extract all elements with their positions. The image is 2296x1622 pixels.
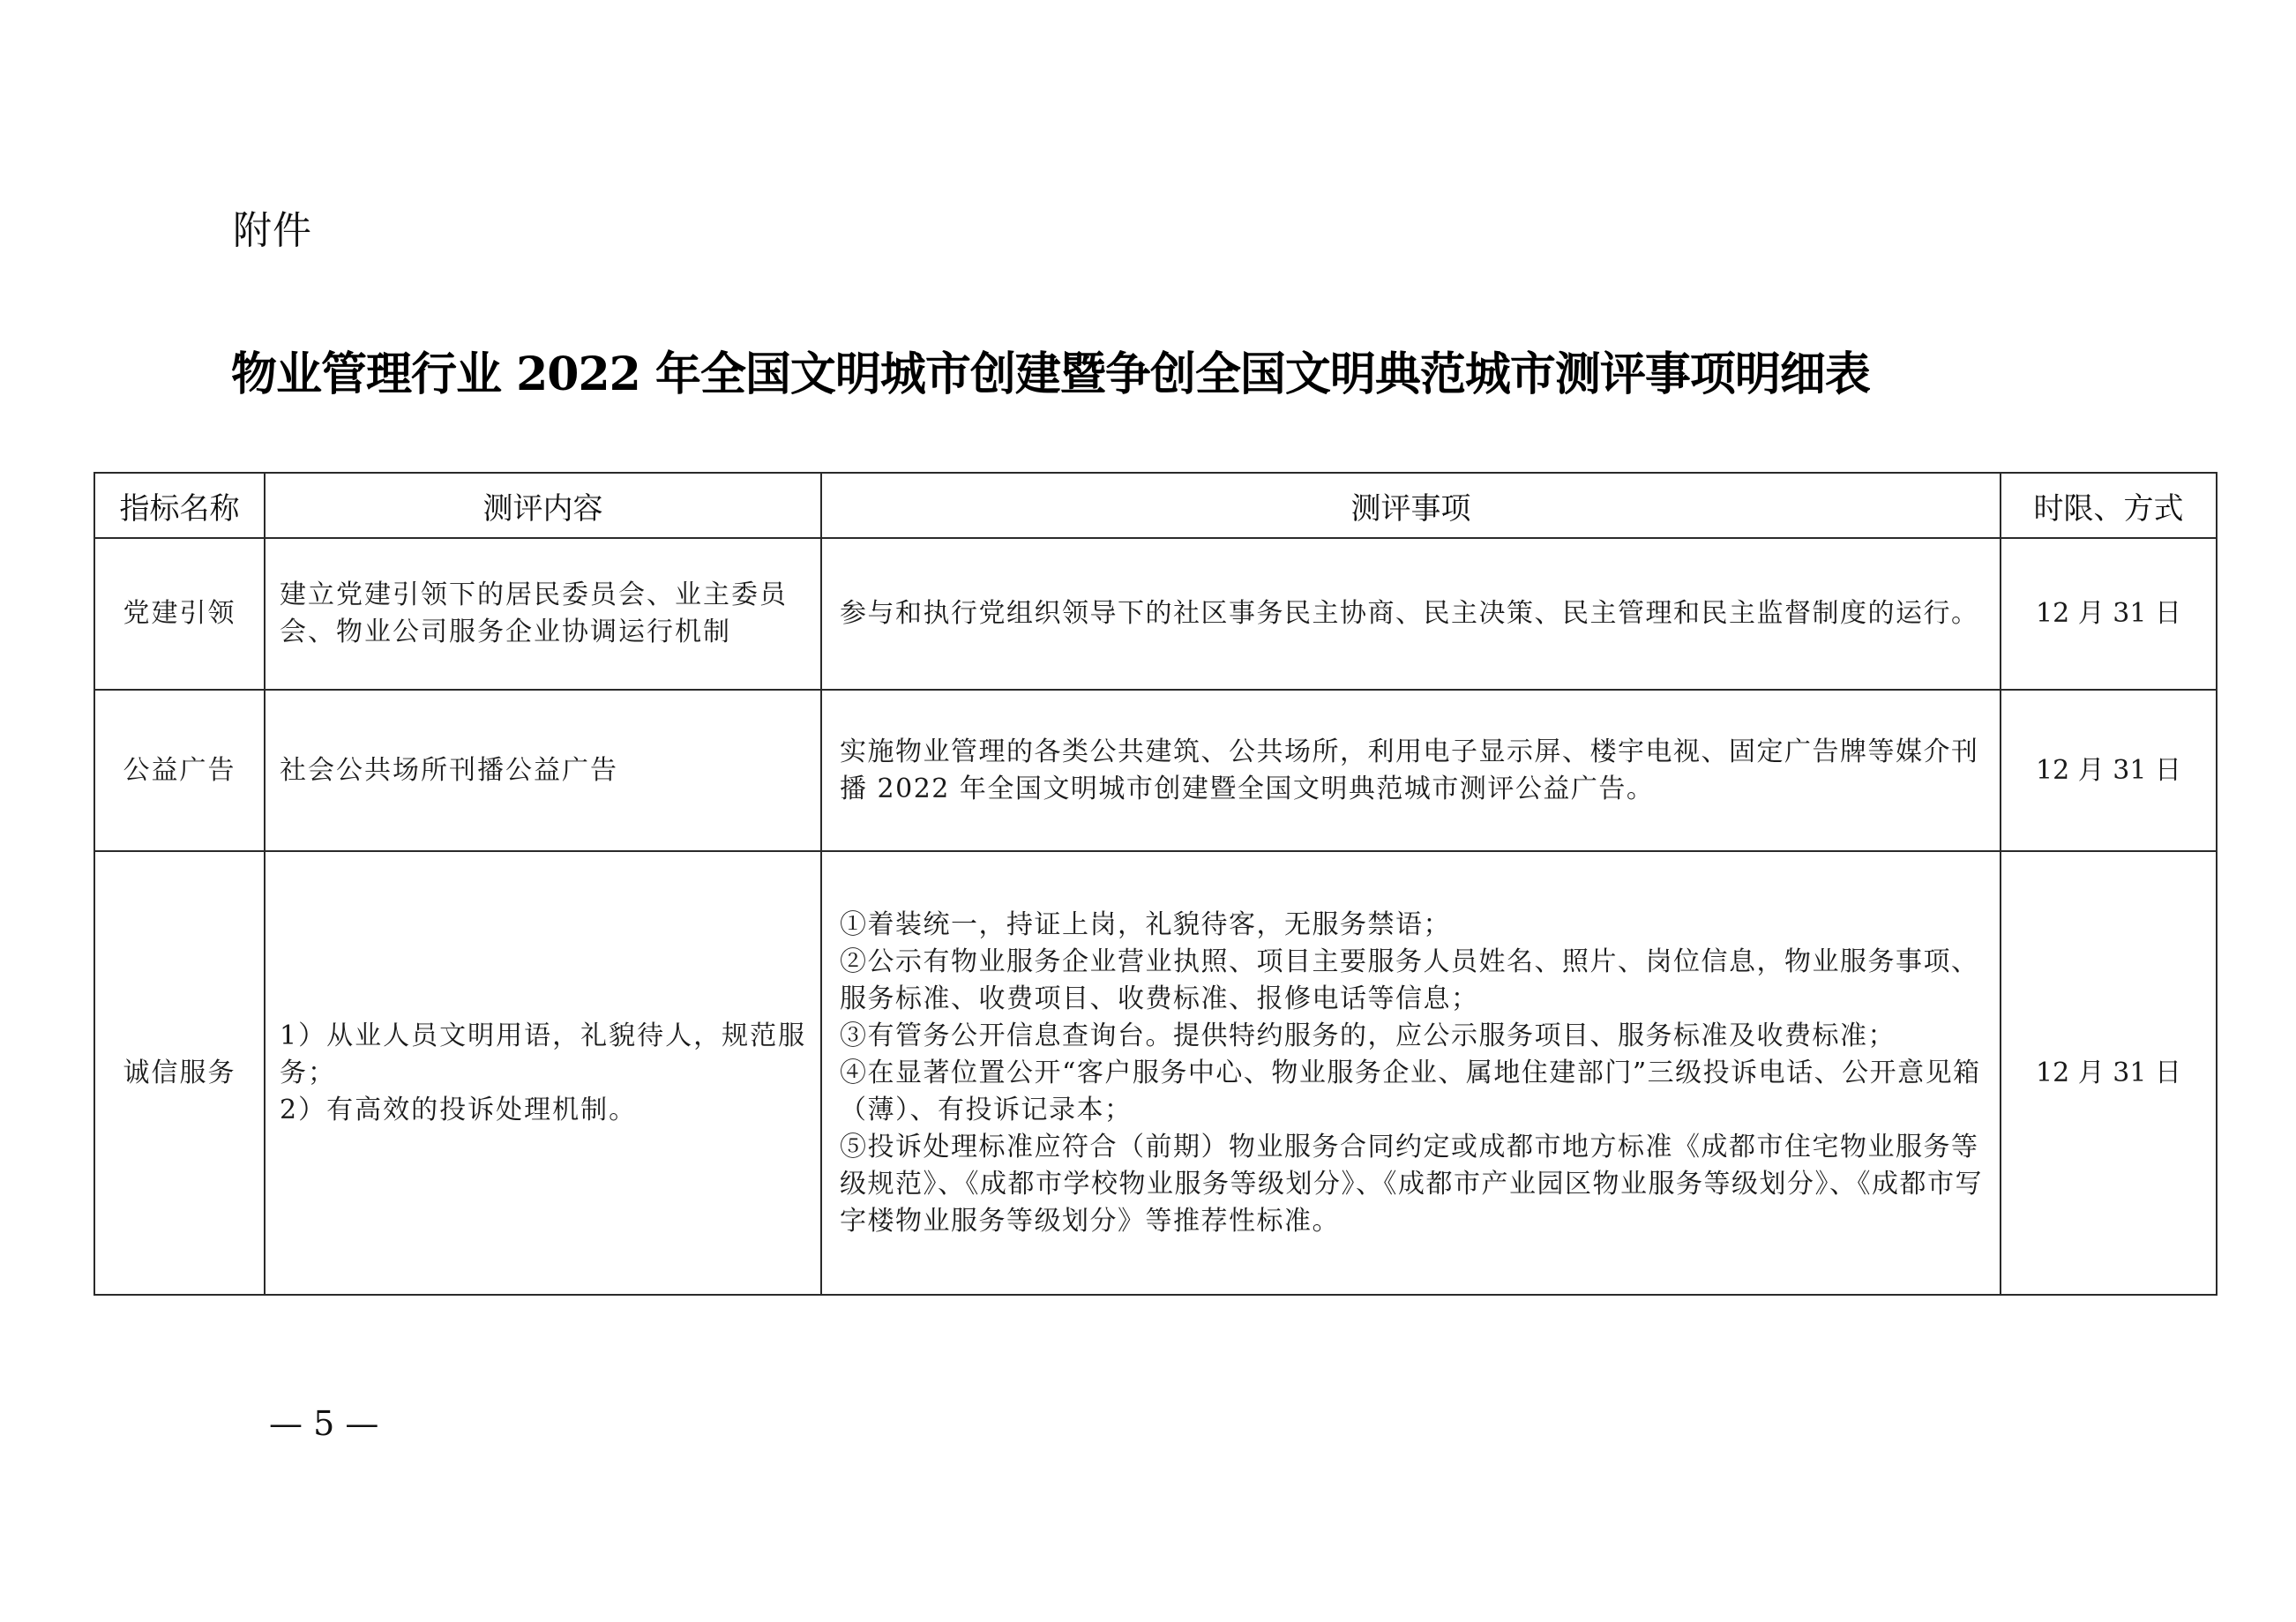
indicator-name-cell: 党建引领	[94, 538, 265, 690]
table-row: 党建引领 建立党建引领下的居民委员会、业主委员会、物业公司服务企业协调运行机制 …	[94, 538, 2217, 690]
table-row: 公益广告 社会公共场所刊播公益广告 实施物业管理的各类公共建筑、公共场所，利用电…	[94, 690, 2217, 851]
header-evaluation-content: 测评内容	[265, 473, 821, 538]
evaluation-items-cell: 参与和执行党组织领导下的社区事务民主协商、民主决策、民主管理和民主监督制度的运行…	[821, 538, 2001, 690]
deadline-cell: 12 月 31 日	[2001, 690, 2217, 851]
indicator-name-cell: 诚信服务	[94, 851, 265, 1295]
evaluation-item: ②公示有物业服务企业营业执照、项目主要服务人员姓名、照片、岗位信息，物业服务事项…	[840, 944, 1986, 1018]
evaluation-table: 指标名称 测评内容 测评事项 时限、方式 党建引领 建立党建引领下的居民委员会、…	[93, 472, 2217, 1296]
evaluation-item: ③有管务公开信息查询台。提供特约服务的，应公示服务项目、服务标准及收费标准；	[840, 1018, 1986, 1055]
content-line: 2）有高效的投诉处理机制。	[280, 1092, 808, 1129]
evaluation-content-cell: 1）从业人员文明用语，礼貌待人，规范服务； 2）有高效的投诉处理机制。	[265, 851, 821, 1295]
evaluation-items-cell: ①着装统一，持证上岗，礼貌待客，无服务禁语； ②公示有物业服务企业营业执照、项目…	[821, 851, 2001, 1295]
deadline-cell: 12 月 31 日	[2001, 538, 2217, 690]
document-title: 物业管理行业 2022 年全国文明城市创建暨争创全国文明典范城市测评事项明细表	[231, 346, 1995, 404]
header-deadline-method: 时限、方式	[2001, 473, 2217, 538]
evaluation-item: ⑤投诉处理标准应符合（前期）物业服务合同约定或成都市地方标准《成都市住宅物业服务…	[840, 1129, 1986, 1240]
table-row: 诚信服务 1）从业人员文明用语，礼貌待人，规范服务； 2）有高效的投诉处理机制。…	[94, 851, 2217, 1295]
evaluation-items-cell: 实施物业管理的各类公共建筑、公共场所，利用电子显示屏、楼宇电视、固定广告牌等媒介…	[821, 690, 2001, 851]
table-header-row: 指标名称 测评内容 测评事项 时限、方式	[94, 473, 2217, 538]
evaluation-item: ①着装统一，持证上岗，礼貌待客，无服务禁语；	[840, 907, 1986, 944]
page-number: — 5 —	[269, 1404, 378, 1443]
deadline-cell: 12 月 31 日	[2001, 851, 2217, 1295]
evaluation-content-cell: 建立党建引领下的居民委员会、业主委员会、物业公司服务企业协调运行机制	[265, 538, 821, 690]
evaluation-content-cell: 社会公共场所刊播公益广告	[265, 690, 821, 851]
content-line: 1）从业人员文明用语，礼貌待人，规范服务；	[280, 1018, 808, 1092]
header-indicator-name: 指标名称	[94, 473, 265, 538]
header-evaluation-items: 测评事项	[821, 473, 2001, 538]
evaluation-item: ④在显著位置公开“客户服务中心、物业服务企业、属地住建部门”三级投诉电话、公开意…	[840, 1055, 1986, 1129]
indicator-name-cell: 公益广告	[94, 690, 265, 851]
attachment-label: 附件	[233, 208, 312, 254]
